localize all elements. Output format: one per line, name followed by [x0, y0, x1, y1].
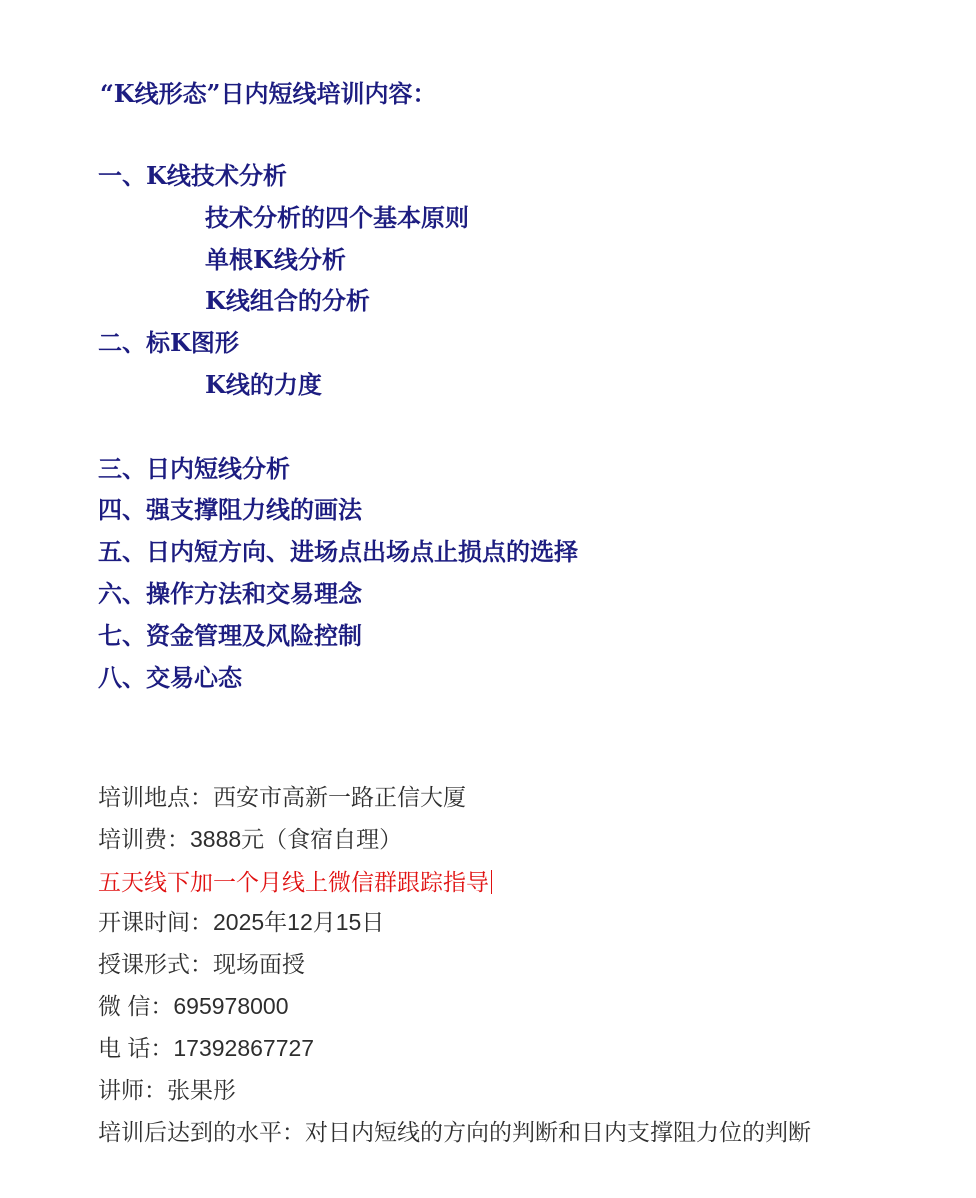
info-outcome: 培训后达到的水平：对日内短线的方向的判断和日内支撑阻力位的判断	[98, 1121, 811, 1144]
outline-item-7: 七、资金管理及风险控制	[98, 624, 362, 648]
info-fee: 培训费：3888元（食宿自理）	[98, 828, 402, 851]
outline-item-4: 四、强支撑阻力线的画法	[98, 498, 362, 522]
info-start-date: 开课时间：2025年12月15日	[98, 911, 384, 934]
text-cursor	[491, 870, 492, 894]
outline-item-5: 五、日内短方向、进场点出场点止损点的选择	[98, 540, 578, 564]
outline-subitem-1-1: 技术分析的四个基本原则	[205, 206, 469, 230]
outline-item-1: 一、K线技术分析	[98, 164, 287, 188]
outline-item-3: 三、日内短线分析	[98, 457, 290, 481]
info-highlight[interactable]: 五天线下加一个月线上微信群跟踪指导	[98, 870, 492, 894]
outline-subitem-1-3: K线组合的分析	[205, 289, 370, 313]
info-wechat: 微 信：695978000	[98, 995, 289, 1018]
info-lecturer: 讲师：张果彤	[98, 1079, 236, 1102]
outline-subitem-2-1: K线的力度	[205, 373, 322, 397]
info-highlight-text: 五天线下加一个月线上微信群跟踪指导	[98, 869, 489, 895]
document-title: “K线形态”日内短线培训内容：	[100, 82, 436, 106]
document-page: “K线形态”日内短线培训内容： 一、K线技术分析 技术分析的四个基本原则 单根K…	[0, 0, 976, 1198]
info-phone: 电 话：17392867727	[98, 1037, 314, 1060]
info-location: 培训地点：西安市高新一路正信大厦	[98, 786, 466, 809]
outline-item-2: 二、标K图形	[98, 331, 239, 355]
outline-subitem-1-2: 单根K线分析	[205, 248, 346, 272]
info-format: 授课形式：现场面授	[98, 953, 305, 976]
outline-item-6: 六、操作方法和交易理念	[98, 582, 362, 606]
outline-item-8: 八、交易心态	[98, 666, 242, 690]
